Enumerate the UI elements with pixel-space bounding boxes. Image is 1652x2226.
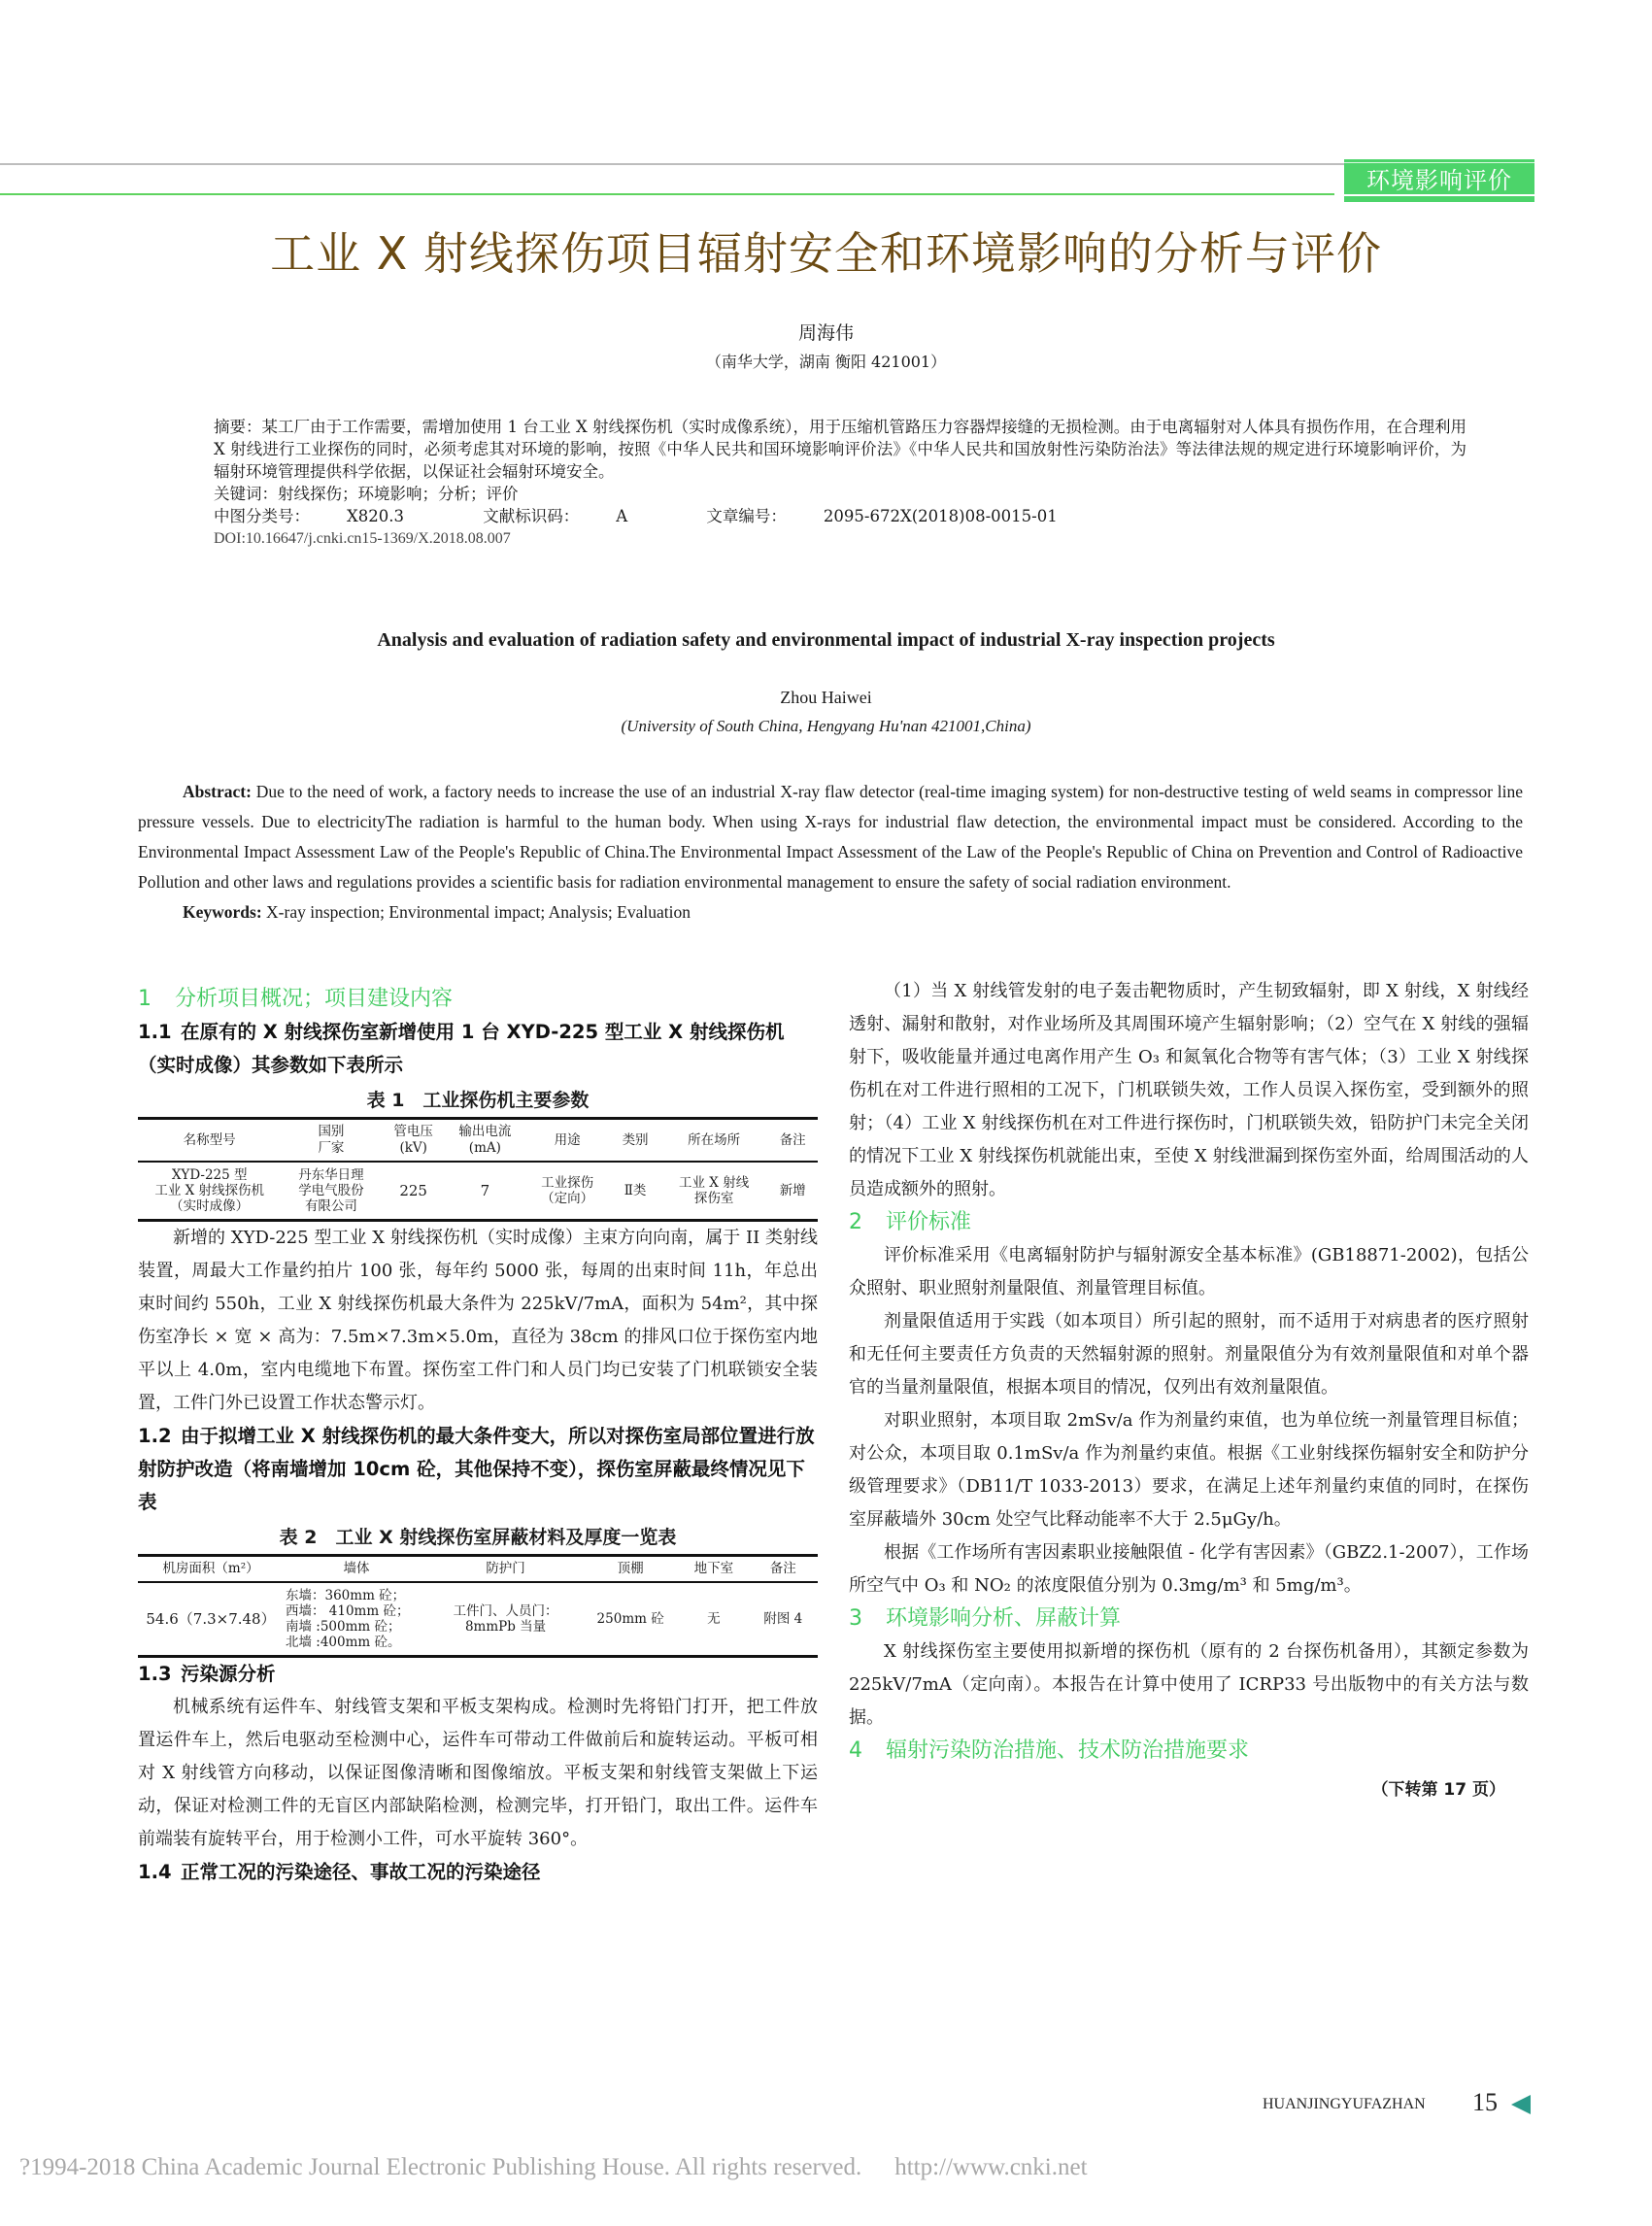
table1-cell: 7 bbox=[446, 1162, 524, 1221]
table2-header-row: 机房面积（m²） 墙体 防护门 顶棚 地下室 备注 bbox=[138, 1556, 818, 1583]
keywords-cn-label: 关键词： bbox=[214, 485, 278, 503]
subsection-heading-1-4: 1.4正常工况的污染途径、事故工况的污染途径 bbox=[138, 1856, 818, 1889]
table2-cell: 东墙：360mm 砼； 西墙： 410mm 砼； 南墙 :500mm 砼； 北墙… bbox=[284, 1582, 429, 1657]
table2-cell: 54.6（7.3×7.48） bbox=[138, 1582, 284, 1657]
author-en: Zhou Haiwei bbox=[0, 688, 1652, 708]
classification-line: 中图分类号：X820.3 文献标识码：A 文章编号：2095-672X(2018… bbox=[214, 505, 1467, 527]
table2-cell: 250mm 砼 bbox=[582, 1582, 679, 1657]
abstract-cn-block: 摘要：某工厂由于工作需要，需增加使用 1 台工业 X 射线探伤机（实时成像系统）… bbox=[214, 416, 1467, 550]
affiliation-cn: （南华大学，湖南 衡阳 421001） bbox=[0, 350, 1652, 372]
doi: DOI:10.16647/j.cnki.cn15-1369/X.2018.08.… bbox=[214, 527, 1467, 550]
table2-header-cell: 顶棚 bbox=[582, 1556, 679, 1583]
table1-header-cell: 备注 bbox=[767, 1119, 818, 1163]
section-heading-4: 4辐射污染防治措施、技术防治措施要求 bbox=[849, 1735, 1529, 1768]
paragraph: 对职业照射，本项目取 2mSv/a 作为剂量约束值，也为单位统一剂量管理目标值；… bbox=[849, 1404, 1529, 1536]
abstract-cn-text: 某工厂由于工作需要，需增加使用 1 台工业 X 射线探伤机（实时成像系统），用于… bbox=[214, 418, 1467, 481]
table1-cell: 工业 X 射线 探伤室 bbox=[660, 1162, 768, 1221]
table1-header-cell: 管电压 (kV) bbox=[382, 1119, 446, 1163]
subsection-heading-1-3: 1.3污染源分析 bbox=[138, 1658, 818, 1691]
table1-header-cell: 所在场所 bbox=[660, 1119, 768, 1163]
table2-header-cell: 机房面积（m²） bbox=[138, 1556, 284, 1583]
table1-header-cell: 输出电流 (mA) bbox=[446, 1119, 524, 1163]
table2-header-cell: 备注 bbox=[749, 1556, 818, 1583]
paragraph: 根据《工作场所有害因素职业接触限值 - 化学有害因素》（GBZ2.1-2007）… bbox=[849, 1536, 1529, 1602]
copyright-text: ?1994-2018 China Academic Journal Electr… bbox=[19, 2154, 861, 2180]
table2-cell: 附图 4 bbox=[749, 1582, 818, 1657]
table1-header-cell: 用途 bbox=[524, 1119, 610, 1163]
paragraph: （1）当 X 射线管发射的电子轰击靶物质时，产生韧致辐射，即 X 射线，X 射线… bbox=[849, 975, 1529, 1206]
paragraph: 新增的 XYD-225 型工业 X 射线探伤机（实时成像）主束方向向南，属于 I… bbox=[138, 1222, 818, 1420]
page-title-cn: 工业 X 射线探伤项目辐射安全和环境影响的分析与评价 bbox=[0, 219, 1652, 283]
clc: 中图分类号：X820.3 bbox=[214, 507, 441, 525]
keywords-en-label: Keywords: bbox=[183, 902, 262, 922]
table1-header-cell: 名称型号 bbox=[138, 1119, 281, 1163]
header-rule-gray bbox=[0, 163, 1348, 165]
table-row: 54.6（7.3×7.48） 东墙：360mm 砼； 西墙： 410mm 砼； … bbox=[138, 1582, 818, 1657]
footer-journal-name: HUANJINGYUFAZHAN bbox=[1263, 2096, 1426, 2113]
section-heading-3: 3环境影响分析、屏蔽计算 bbox=[849, 1602, 1529, 1636]
table1-cell: 225 bbox=[382, 1162, 446, 1221]
table1-header-cell: 类别 bbox=[610, 1119, 660, 1163]
table2-header-cell: 地下室 bbox=[679, 1556, 748, 1583]
table1-cell: 工业探伤 （定向） bbox=[524, 1162, 610, 1221]
keywords-cn: 关键词：射线探伤；环境影响；分析；评价 bbox=[214, 483, 1467, 505]
section-tag: 环境影响评价 bbox=[1344, 159, 1534, 202]
page-title-en: Analysis and evaluation of radiation saf… bbox=[0, 629, 1652, 652]
keywords-cn-text: 射线探伤；环境影响；分析；评价 bbox=[278, 485, 519, 503]
subsection-heading-1-1: 1.1在原有的 X 射线探伤室新增使用 1 台 XYD-225 型工业 X 射线… bbox=[138, 1016, 818, 1082]
table2-caption: 表 2 工业 X 射线探伤室屏蔽材料及厚度一览表 bbox=[138, 1521, 818, 1554]
abstract-en-block: Abstract: Due to the need of work, a fac… bbox=[138, 777, 1523, 927]
doc-code: 文献标识码：A bbox=[483, 507, 664, 525]
copyright-line: ?1994-2018 China Academic Journal Electr… bbox=[19, 2154, 1088, 2181]
abstract-en-text: Due to the need of work, a factory needs… bbox=[138, 782, 1523, 892]
table1-caption: 表 1 工业探伤机主要参数 bbox=[138, 1084, 818, 1117]
cnki-link[interactable]: http://www.cnki.net bbox=[894, 2154, 1087, 2180]
table2: 机房面积（m²） 墙体 防护门 顶棚 地下室 备注 54.6（7.3×7.48）… bbox=[138, 1554, 818, 1658]
table1: 名称型号 国别 厂家 管电压 (kV) 输出电流 (mA) 用途 类别 所在场所… bbox=[138, 1117, 818, 1222]
table1-cell: 丹东华日理 学电气股份 有限公司 bbox=[281, 1162, 381, 1221]
table1-header-row: 名称型号 国别 厂家 管电压 (kV) 输出电流 (mA) 用途 类别 所在场所… bbox=[138, 1119, 818, 1163]
left-column: 1分析项目概况；项目建设内容 1.1在原有的 X 射线探伤室新增使用 1 台 X… bbox=[138, 983, 818, 1889]
paragraph: 机械系统有运件车、射线管支架和平板支架构成。检测时先将铅门打开，把工件放置运件车… bbox=[138, 1691, 818, 1856]
table1-header-cell: 国别 厂家 bbox=[281, 1119, 381, 1163]
table-row: XYD-225 型 工业 X 射线探伤机 （实时成像） 丹东华日理 学电气股份 … bbox=[138, 1162, 818, 1221]
table1-cell: 新增 bbox=[767, 1162, 818, 1221]
keywords-en-text: X-ray inspection; Environmental impact; … bbox=[266, 902, 691, 922]
abstract-en: Abstract: Due to the need of work, a fac… bbox=[138, 777, 1523, 897]
article-no: 文章编号：2095-672X(2018)08-0015-01 bbox=[706, 507, 1094, 525]
abstract-en-label: Abstract: bbox=[183, 782, 252, 801]
table2-header-cell: 防护门 bbox=[429, 1556, 582, 1583]
left-triangle-icon bbox=[1511, 2095, 1531, 2114]
header-rule-green bbox=[0, 193, 1334, 195]
paragraph: X 射线探伤室主要使用拟新增的探伤机（原有的 2 台探伤机备用），其额定参数为 … bbox=[849, 1636, 1529, 1735]
author-cn: 周海伟 bbox=[0, 319, 1652, 345]
abstract-cn-label: 摘要： bbox=[214, 418, 262, 436]
abstract-cn: 摘要：某工厂由于工作需要，需增加使用 1 台工业 X 射线探伤机（实时成像系统）… bbox=[214, 416, 1467, 483]
page-number: 15 bbox=[1472, 2088, 1498, 2117]
table1-cell: Ⅱ类 bbox=[610, 1162, 660, 1221]
subsection-heading-1-2: 1.2由于拟增工业 X 射线探伤机的最大条件变大，所以对探伤室局部位置进行放射防… bbox=[138, 1420, 818, 1519]
section-heading-1: 1分析项目概况；项目建设内容 bbox=[138, 983, 818, 1016]
table1-cell: XYD-225 型 工业 X 射线探伤机 （实时成像） bbox=[138, 1162, 281, 1221]
affiliation-en: (University of South China, Hengyang Hu'… bbox=[0, 717, 1652, 736]
keywords-en: Keywords: X-ray inspection; Environmenta… bbox=[138, 897, 1523, 927]
paragraph: 剂量限值适用于实践（如本项目）所引起的照射，而不适用于对病患者的医疗照射和无任何… bbox=[849, 1305, 1529, 1404]
paragraph: 评价标准采用《电离辐射防护与辐射源安全基本标准》(GB18871-2002)，包… bbox=[849, 1239, 1529, 1305]
table2-cell: 无 bbox=[679, 1582, 748, 1657]
table2-header-cell: 墙体 bbox=[284, 1556, 429, 1583]
section-heading-2: 2评价标准 bbox=[849, 1206, 1529, 1239]
continued-note: （下转第 17 页） bbox=[849, 1775, 1529, 1800]
right-column: （1）当 X 射线管发射的电子轰击靶物质时，产生韧致辐射，即 X 射线，X 射线… bbox=[849, 975, 1529, 1800]
table2-cell: 工件门、人员门： 8mmPb 当量 bbox=[429, 1582, 582, 1657]
